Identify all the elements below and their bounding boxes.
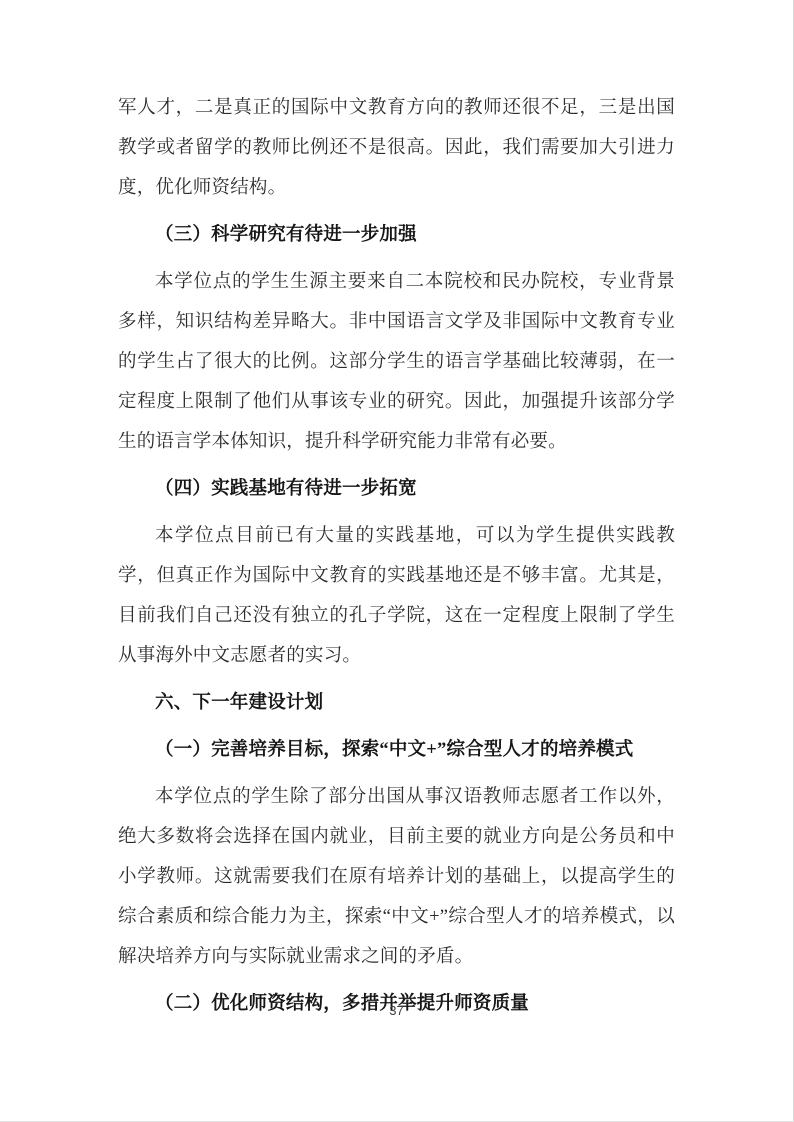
paragraph-practice-bases: 本学位点目前已有大量的实践基地，可以为学生提供实践教学，但真正作为国际中文教育的…: [118, 516, 675, 676]
section-heading-1: （一）完善培养目标，探索“中文+”综合型人才的培养模式: [118, 730, 675, 770]
page-content: 军人才，二是真正的国际中文教育方向的教师还很不足，三是出国教学或者留学的教师比例…: [118, 88, 675, 1031]
chapter-heading-6: 六、下一年建设计划: [118, 683, 675, 723]
page-number: 37: [0, 1003, 793, 1018]
document-page: 军人才，二是真正的国际中文教育方向的教师还很不足，三是出国教学或者留学的教师比例…: [0, 0, 794, 1122]
section-heading-4: （四）实践基地有待进一步拓宽: [118, 469, 675, 509]
section-heading-3: （三）科学研究有待进一步加强: [118, 215, 675, 255]
paragraph-training-model: 本学位点的学生除了部分出国从事汉语教师志愿者工作以外，绝大多数将会选择在国内就业…: [118, 777, 675, 977]
paragraph-continuation: 军人才，二是真正的国际中文教育方向的教师还很不足，三是出国教学或者留学的教师比例…: [118, 88, 675, 208]
paragraph-student-sources: 本学位点的学生生源主要来自二本院校和民办院校，专业背景多样，知识结构差异略大。非…: [118, 262, 675, 462]
